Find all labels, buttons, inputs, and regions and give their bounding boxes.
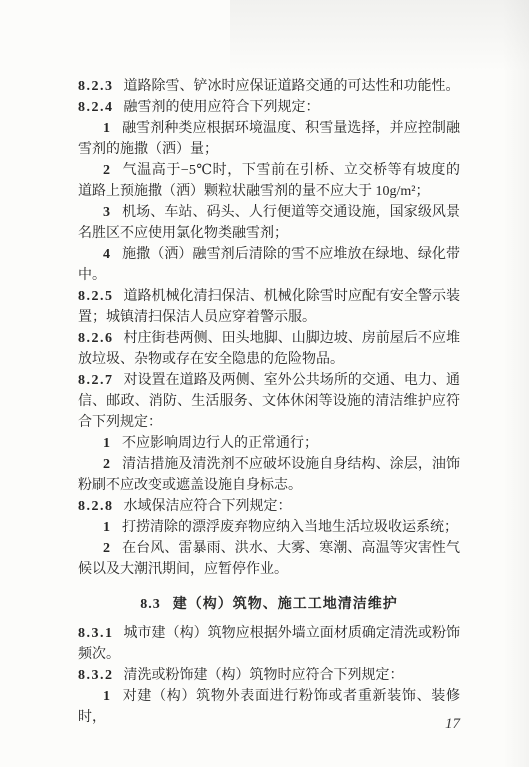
clause-number: 8.3.2 xyxy=(78,668,124,683)
clause-paragraph: 8.2.7对设置在道路及两侧、室外公共场所的交通、电力、通信、邮政、消防、生活服… xyxy=(78,370,460,433)
clause-number: 1 xyxy=(103,520,122,535)
list-item-paragraph: 2气温高于−5℃时，下雪前在引桥、立交桥等有坡度的道路上预施撒（洒）颗粒状融雪剂… xyxy=(78,160,460,202)
clause-number: 8.2.7 xyxy=(78,373,124,388)
list-item-paragraph: 4施撒（洒）融雪剂后清除的雪不应堆放在绿地、绿化带中。 xyxy=(78,244,460,286)
clause-number: 8.2.3 xyxy=(78,79,124,94)
list-item-paragraph: 1打捞清除的漂浮废弃物应纳入当地生活垃圾收运系统； xyxy=(78,517,460,538)
list-item-paragraph: 2清洁措施及清洗剂不应破坏设施自身结构、涂层，油饰粉刷不应改变或遮盖设施自身标志… xyxy=(78,454,460,496)
paragraph-text: 在台风、雷暴雨、洪水、大雾、寒潮、高温等灾害性气候以及大潮汛期间，应暂停作业。 xyxy=(78,541,460,577)
document-page: 8.2.3道路除雪、铲冰时应保证道路交通的可达性和功能性。8.2.4融雪剂的使用… xyxy=(0,0,529,767)
clause-number: 1 xyxy=(103,689,122,704)
clause-number: 3 xyxy=(103,205,122,220)
clause-paragraph: 8.3.1城市建（构）筑物应根据外墙立面材质确定清洗或粉饰频次。 xyxy=(78,623,460,665)
clause-paragraph: 8.2.3道路除雪、铲冰时应保证道路交通的可达性和功能性。 xyxy=(78,76,460,97)
scan-artifact-top xyxy=(230,0,529,72)
list-item-paragraph: 1融雪剂种类应根据环境温度、积雪量选择，并应控制融雪剂的施撒（洒）量； xyxy=(78,118,460,160)
paragraph-text: 机场、车站、码头、人行便道等交通设施，国家级风景名胜区不应使用氯化物类融雪剂； xyxy=(78,205,460,241)
clause-paragraph: 8.3.2清洗或粉饰建（构）筑物时应符合下列规定： xyxy=(78,665,460,686)
section-heading: 8.3建（构）筑物、施工工地清洁维护 xyxy=(78,594,460,615)
clause-number: 1 xyxy=(103,121,122,136)
paragraph-text: 对设置在道路及两侧、室外公共场所的交通、电力、通信、邮政、消防、生活服务、文体休… xyxy=(78,373,460,430)
clause-number: 2 xyxy=(103,163,122,178)
paragraph-text: 不应影响周边行人的正常通行； xyxy=(122,436,318,451)
list-item-paragraph: 2在台风、雷暴雨、洪水、大雾、寒潮、高温等灾害性气候以及大潮汛期间，应暂停作业。 xyxy=(78,538,460,580)
clause-paragraph: 8.2.4融雪剂的使用应符合下列规定： xyxy=(78,97,460,118)
paragraph-text: 融雪剂种类应根据环境温度、积雪量选择，并应控制融雪剂的施撒（洒）量； xyxy=(78,121,460,157)
clause-number: 1 xyxy=(103,436,122,451)
clause-number: 4 xyxy=(103,247,122,262)
paragraph-text: 城市建（构）筑物应根据外墙立面材质确定清洗或粉饰频次。 xyxy=(78,626,460,662)
paragraph-text: 清洁措施及清洗剂不应破坏设施自身结构、涂层，油饰粉刷不应改变或遮盖设施自身标志。 xyxy=(78,457,460,493)
paragraph-text: 水域保洁应符合下列规定： xyxy=(124,499,292,514)
clause-number: 8.2.4 xyxy=(78,100,124,115)
clause-number: 8.3.1 xyxy=(78,626,124,641)
clause-paragraph: 8.2.6村庄街巷两侧、田头地脚、山脚边坡、房前屋后不应堆放垃圾、杂物或存在安全… xyxy=(78,328,460,370)
clause-paragraph: 8.2.8水域保洁应符合下列规定： xyxy=(78,496,460,517)
list-item-paragraph: 3机场、车站、码头、人行便道等交通设施，国家级风景名胜区不应使用氯化物类融雪剂； xyxy=(78,202,460,244)
paragraph-text: 道路除雪、铲冰时应保证道路交通的可达性和功能性。 xyxy=(124,79,460,94)
clause-number: 2 xyxy=(103,541,122,556)
paragraph-text: 清洗或粉饰建（构）筑物时应符合下列规定： xyxy=(124,668,404,683)
paragraph-text: 打捞清除的漂浮废弃物应纳入当地生活垃圾收运系统； xyxy=(122,520,458,535)
paragraph-text: 施撒（洒）融雪剂后清除的雪不应堆放在绿地、绿化带中。 xyxy=(78,247,460,283)
paragraph-text: 融雪剂的使用应符合下列规定： xyxy=(124,100,320,115)
list-item-paragraph: 1不应影响周边行人的正常通行； xyxy=(78,433,460,454)
clause-number: 8.2.5 xyxy=(78,289,124,304)
clause-number: 8.2.6 xyxy=(78,331,124,346)
paragraph-text: 建（构）筑物、施工工地清洁维护 xyxy=(173,597,398,612)
clause-number: 2 xyxy=(103,457,122,472)
clause-number: 8.2.8 xyxy=(78,499,124,514)
clause-paragraph: 8.2.5道路机械化清扫保洁、机械化除雪时应配有安全警示装置；城镇清扫保洁人员应… xyxy=(78,286,460,328)
paragraph-text: 气温高于−5℃时，下雪前在引桥、立交桥等有坡度的道路上预施撒（洒）颗粒状融雪剂的… xyxy=(78,163,460,199)
scan-artifact-right xyxy=(503,0,529,767)
paragraph-text: 道路机械化清扫保洁、机械化除雪时应配有安全警示装置；城镇清扫保洁人员应穿着警示服… xyxy=(78,289,460,325)
heading-number: 8.3 xyxy=(140,597,173,612)
text-block: 8.2.3道路除雪、铲冰时应保证道路交通的可达性和功能性。8.2.4融雪剂的使用… xyxy=(78,76,460,728)
paragraph-text: 村庄街巷两侧、田头地脚、山脚边坡、房前屋后不应堆放垃圾、杂物或存在安全隐患的危险… xyxy=(78,331,460,367)
page-number: 17 xyxy=(78,716,462,733)
